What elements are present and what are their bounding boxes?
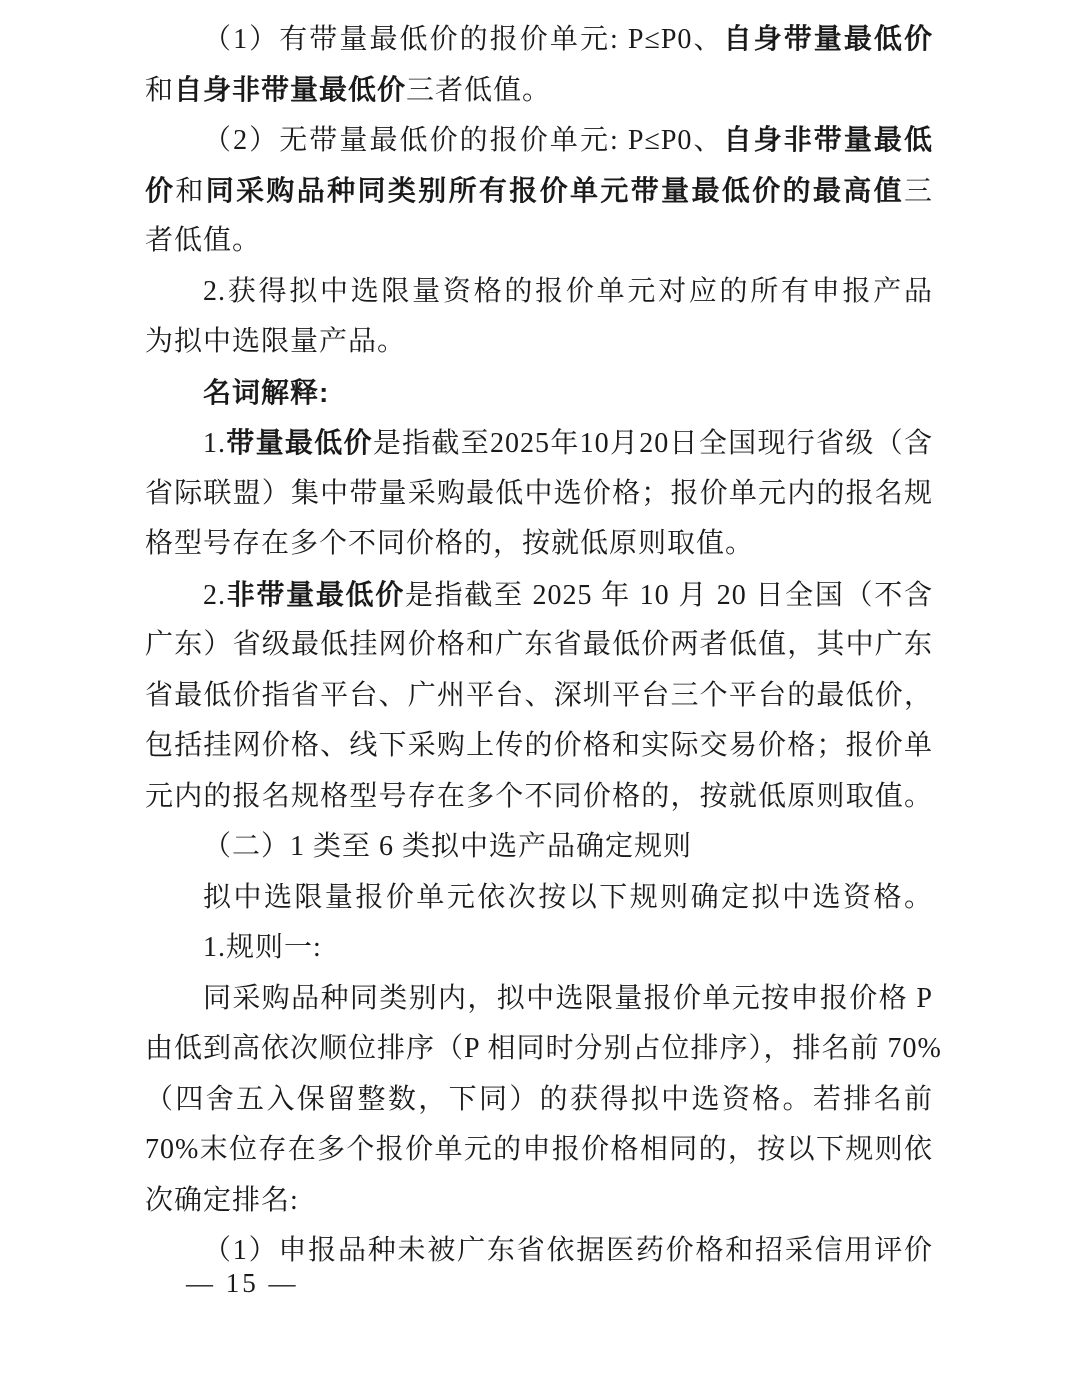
emphasis-text-segment: 名词解释: [203,377,329,408]
text-segment: 是指截至2025年10月20日全国现行省级（含 [373,428,933,459]
text-line: 包括挂网价格、线下采购上传的价格和实际交易价格；报价单 [145,721,933,772]
text-line: 者低值。 [145,216,933,267]
text-line: 2.获得拟中选限量资格的报价单元对应的所有申报产品 [145,267,933,318]
text-segment: 1.规则一: [203,932,322,963]
text-line: 为拟中选限量产品。 [145,317,933,368]
text-segment: （1）有带量最低价的报价单元: P≤P0、 [203,24,724,55]
text-segment: 2. [203,580,226,611]
document-page: （1）有带量最低价的报价单元: P≤P0、自身带量最低价和自身非带量最低价三者低… [0,0,1080,1395]
text-line: 元内的报名规格型号存在多个不同价格的，按就低原则取值。 [145,772,933,823]
text-segment: 省最低价指省平台、广州平台、深圳平台三个平台的最低价， [145,680,933,711]
text-line: 拟中选限量报价单元依次按以下规则确定拟中选资格。 [145,873,933,924]
text-segment: （2）无带量最低价的报价单元: P≤P0、 [203,125,724,156]
text-line: 和自身非带量最低价三者低值。 [145,65,933,116]
text-line: （2）无带量最低价的报价单元: P≤P0、自身非带量最低 [145,115,933,166]
text-line: 2.非带量最低价是指截至 2025 年 10 月 20 日全国（不含 [145,570,933,621]
text-segment: 同采购品种同类别内，拟中选限量报价单元按申报价格 P [203,983,933,1014]
text-line: 次确定排名: [145,1176,933,1227]
text-segment: 和 [175,176,205,207]
emphasis-text-segment: 同采购品种同类别所有报价单元带量最低价的最高值 [206,175,904,206]
text-segment: 包括挂网价格、线下采购上传的价格和实际交易价格；报价单 [145,730,933,761]
text-segment: 三 [904,176,933,207]
page-number: — 15 — [186,1266,299,1300]
emphasis-text-segment: 带量最低价 [226,427,373,458]
text-segment: 是指截至 2025 年 10 月 20 日全国（不含 [405,580,933,611]
text-segment: 元内的报名规格型号存在多个不同价格的，按就低原则取值。 [145,781,933,812]
text-segment: （二）1 类至 6 类拟中选产品确定规则 [203,831,692,862]
text-segment: 和 [145,75,174,106]
text-line: （四舍五入保留整数，下同）的获得拟中选资格。若排名前 [145,1075,933,1126]
text-segment: 2.获得拟中选限量资格的报价单元对应的所有申报产品 [203,276,933,307]
emphasis-text-segment: 自身带量最低价 [724,23,933,54]
text-segment: 拟中选限量报价单元依次按以下规则确定拟中选资格。 [203,882,933,913]
text-segment: 次确定排名: [145,1185,299,1216]
text-line: 由低到高依次顺位排序（P 相同时分别占位排序），排名前 70% [145,1024,933,1075]
text-line: 同采购品种同类别内，拟中选限量报价单元按申报价格 P [145,974,933,1025]
text-segment: 三者低值。 [406,75,551,106]
text-line: （二）1 类至 6 类拟中选产品确定规则 [145,822,933,873]
text-line: 名词解释: [145,368,933,419]
text-segment: 70%末位存在多个报价单元的申报价格相同的，按以下规则依 [145,1134,933,1165]
text-segment: 广东）省级最低挂网价格和广东省最低价两者低值，其中广东 [145,629,933,660]
text-line: 价和同采购品种同类别所有报价单元带量最低价的最高值三 [145,166,933,217]
text-segment: （1）申报品种未被广东省依据医药价格和招采信用评价 [203,1235,933,1266]
text-line: 格型号存在多个不同价格的，按就低原则取值。 [145,519,933,570]
text-line: 省最低价指省平台、广州平台、深圳平台三个平台的最低价， [145,671,933,722]
text-segment: 格型号存在多个不同价格的，按就低原则取值。 [145,528,754,559]
text-segment: 者低值。 [145,225,261,256]
emphasis-text-segment: 非带量最低价 [226,579,405,610]
text-block: （1）有带量最低价的报价单元: P≤P0、自身带量最低价和自身非带量最低价三者低… [145,14,933,1277]
text-line: 1.带量最低价是指截至2025年10月20日全国现行省级（含 [145,418,933,469]
emphasis-text-segment: 自身非带量最低 [724,124,933,155]
text-segment: （四舍五入保留整数，下同）的获得拟中选资格。若排名前 [145,1084,933,1115]
text-segment: 省际联盟）集中带量采购最低中选价格；报价单元内的报名规 [145,478,933,509]
text-line: 省际联盟）集中带量采购最低中选价格；报价单元内的报名规 [145,469,933,520]
text-line: 70%末位存在多个报价单元的申报价格相同的，按以下规则依 [145,1125,933,1176]
text-line: 广东）省级最低挂网价格和广东省最低价两者低值，其中广东 [145,620,933,671]
text-line: （1）有带量最低价的报价单元: P≤P0、自身带量最低价 [145,14,933,65]
emphasis-text-segment: 自身非带量最低价 [174,74,406,105]
text-line: 1.规则一: [145,923,933,974]
text-segment: 为拟中选限量产品。 [145,326,406,357]
text-segment: 1. [203,428,226,459]
text-segment: 由低到高依次顺位排序（P 相同时分别占位排序），排名前 70% [145,1033,942,1064]
emphasis-text-segment: 价 [145,175,175,206]
